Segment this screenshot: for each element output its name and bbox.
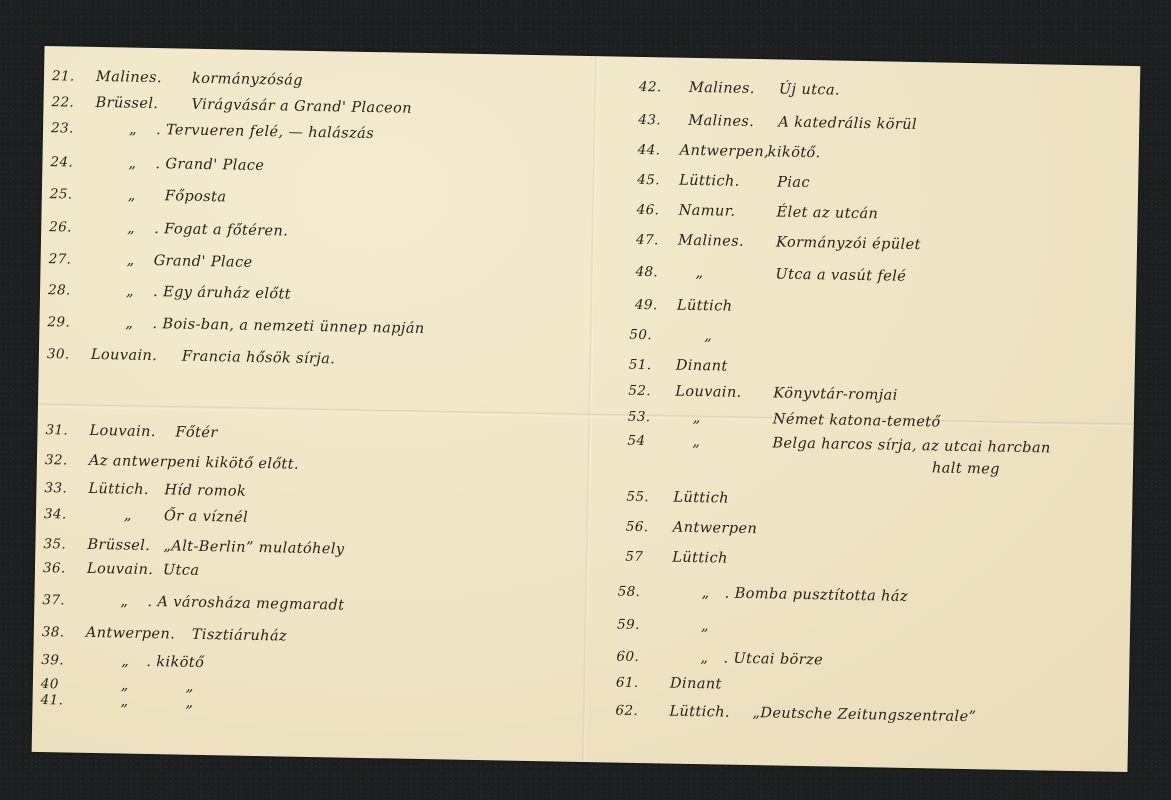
item-number: 42. (639, 79, 677, 96)
item-description: . Grand' Place (155, 156, 264, 174)
item-description: Élet az utcán (776, 204, 878, 222)
item-number: 57 (625, 549, 663, 566)
item-description: Főtér (175, 424, 217, 441)
item-description: Új utca. (779, 81, 840, 98)
item-description: . A városháza megmaradt (147, 594, 344, 614)
item-description: „Deutsche Zeitungszentrale” (752, 705, 976, 725)
item-place: „ (128, 188, 136, 204)
item-place: „ (692, 434, 700, 450)
item-place: Malines. (678, 233, 744, 250)
item-place: „ (124, 508, 132, 524)
item-number: 55. (626, 489, 664, 506)
item-number: 53. (628, 409, 666, 426)
item-number: 35. (43, 536, 81, 553)
item-description: Utca a vasút felé (775, 266, 906, 284)
item-place: „ (121, 678, 129, 694)
item-place: „ (704, 328, 712, 344)
item-place: „ (701, 618, 709, 634)
item-number: 29. (47, 314, 85, 331)
item-description: . Tervueren felé, — halászás (156, 122, 374, 142)
item-place: Lüttich. (679, 173, 740, 190)
item-number: 46. (637, 202, 675, 219)
item-description: Francia hősök sírja. (182, 349, 336, 368)
paper-sheet: 21. Malines. kormányzóság 22. Brüssel. V… (32, 46, 1141, 772)
item-description: Őr a víznél (164, 508, 248, 526)
item-place: Namur. (679, 203, 736, 220)
item-description: Híd romok (164, 482, 246, 499)
item-number: 59. (617, 617, 655, 634)
item-place: Lüttich (677, 298, 733, 315)
item-place: „ (700, 650, 708, 666)
item-place: Antwerpen (673, 520, 758, 538)
item-place: Lüttich. (669, 704, 730, 721)
item-place: Antwerpen, (680, 143, 770, 161)
item-number: 61. (616, 675, 654, 692)
item-number: 32. (45, 452, 83, 469)
item-number: 34. (44, 506, 82, 523)
item-number: 45. (637, 172, 675, 189)
item-description: Virágvásár a Grand' Placeon (191, 97, 412, 117)
item-place: Lüttich. (88, 481, 149, 498)
item-number: 43. (638, 112, 676, 129)
item-continuation: halt meg (932, 460, 1000, 477)
item-number: 50. (629, 327, 667, 344)
item-description: Grand' Place (153, 253, 252, 271)
item-description: . Bomba pusztította ház (724, 586, 908, 605)
item-description: Utca (163, 562, 200, 579)
item-number: 22. (51, 94, 89, 111)
item-number: 38. (42, 624, 80, 641)
item-number: 31. (45, 422, 83, 439)
item-number: 33. (44, 480, 82, 497)
item-place: Lüttich (673, 490, 729, 507)
item-place: „ (121, 654, 129, 670)
item-place: Antwerpen. (86, 625, 176, 643)
item-place: Louvain. (89, 423, 156, 440)
item-place: „ (120, 594, 128, 610)
item-number: 49. (635, 297, 673, 314)
item-number: 37. (42, 592, 80, 609)
item-description: „Alt-Berlin” mulatóhely (163, 538, 344, 557)
item-number: 30. (47, 346, 85, 363)
item-description: Belga harcos sírja, az utcai harcban (772, 435, 1051, 456)
item-description: Kormányzói épület (776, 234, 921, 253)
item-place: „ (128, 156, 136, 172)
item-description: . kikötő (146, 654, 204, 671)
item-number: 25. (50, 186, 88, 203)
item-description: „ (186, 679, 194, 695)
item-number: 24. (50, 154, 88, 171)
item-number: 23. (51, 120, 89, 137)
item-number: 36. (43, 560, 81, 577)
item-number: 44. (638, 142, 676, 159)
item-description: „ (185, 695, 193, 711)
item-place: Malines. (688, 113, 754, 130)
item-description: . Bois-ban, a nemzeti ünnep napján (152, 316, 424, 337)
item-place: „ (701, 585, 709, 601)
item-place: „ (125, 316, 133, 332)
item-description: A katedrális körül (778, 114, 917, 133)
item-place: „ (129, 122, 137, 138)
item-place: Louvain. (87, 561, 154, 578)
item-description: kormányzóság (192, 71, 303, 89)
item-number: 21. (52, 68, 90, 85)
item-place: Louvain. (675, 384, 742, 401)
item-description: Piac (777, 174, 810, 191)
item-place: Dinant (670, 676, 722, 693)
item-number: 39. (41, 652, 79, 669)
item-number: 51. (629, 357, 667, 374)
item-place: „ (693, 410, 701, 426)
item-number: 56. (626, 519, 664, 536)
item-description: Főposta (165, 188, 227, 205)
item-place: „ (127, 221, 135, 237)
item-place: „ (126, 253, 134, 269)
item-place: Brüssel. (87, 537, 150, 554)
item-place: Brüssel. (95, 95, 158, 112)
item-number: 60. (616, 649, 654, 666)
item-number: 27. (49, 251, 87, 268)
item-number: 52. (628, 383, 666, 400)
item-number: 47. (636, 232, 674, 249)
item-number: 26. (49, 219, 87, 236)
item-place: „ (695, 265, 703, 281)
item-place: Malines. (96, 69, 162, 86)
item-description: Könyvtár-romjai (773, 385, 898, 403)
item-description: Német katona-temető (773, 411, 941, 430)
item-description: kikötő. (768, 144, 821, 161)
item-number: 28. (48, 282, 86, 299)
item-number: 62. (615, 703, 653, 720)
item-place: Malines. (689, 80, 755, 97)
item-place: Dinant (676, 358, 728, 375)
item-number: 58. (618, 584, 656, 601)
item-place: Louvain. (91, 347, 158, 364)
item-place: „ (126, 284, 134, 300)
item-number: 54 (627, 433, 665, 450)
item-place: „ (120, 694, 128, 710)
item-place: Az antwerpeni kikötő előtt. (89, 453, 299, 473)
item-number: 40 (41, 676, 79, 693)
item-description: . Fogat a főtéren. (154, 221, 288, 239)
item-description: Tisztiáruház (192, 627, 287, 645)
item-place: Lüttich (672, 550, 728, 567)
item-description: . Egy áruház előtt (153, 284, 291, 303)
item-number: 48. (635, 264, 673, 281)
item-number: 41. (40, 692, 78, 709)
item-description: . Utcai börze (723, 651, 823, 669)
